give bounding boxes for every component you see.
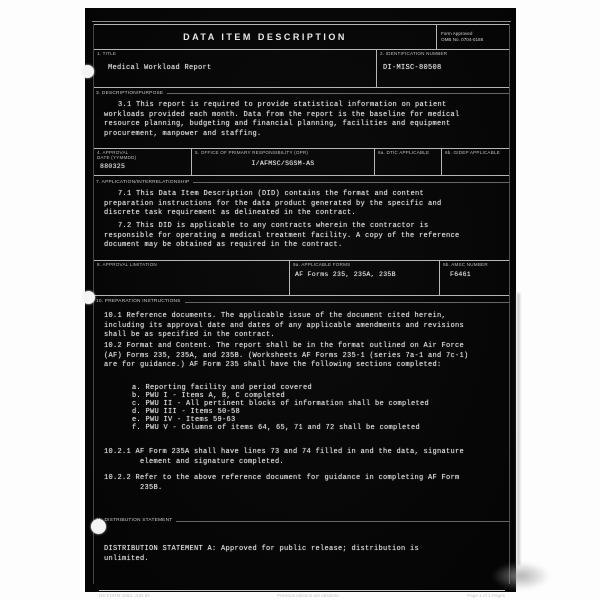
approval-limitation-field: 8. APPROVAL LIMITATION <box>94 261 289 295</box>
approval-date-label-line2: DATE (YYMMDD) <box>94 155 191 160</box>
list-item: b. PWU I - Items A, B, C completed <box>132 392 509 400</box>
section11-rule <box>176 521 509 522</box>
section10-header: 10. PREPARATION INSTRUCTIONS <box>94 296 509 307</box>
title-id-row: 1. TITLE Medical Workload Report 2. IDEN… <box>94 50 509 88</box>
section11-header: 11. DISTRIBUTION STATEMENT <box>94 515 509 526</box>
applicable-forms-label: 9a. APPLICABLE FORMS <box>290 261 439 267</box>
amsc-number-field: 9b. AMSC NUMBER F6461 <box>439 261 509 295</box>
punch-hole-bottom <box>91 519 106 534</box>
approval-date-value: 880325 <box>100 162 191 172</box>
section3-rule <box>167 93 509 94</box>
section10-paragraph-10-2-1: 10.2.1 AF Form 235A shall have lines 73 … <box>104 448 465 467</box>
punch-hole-top <box>81 65 94 78</box>
footer-form-number: DD FORM 1664, JUN 86 <box>99 593 150 598</box>
title-field: 1. TITLE Medical Workload Report <box>94 50 376 87</box>
approval-date-field: 4. APPROVAL DATE (YYMMDD) 880325 <box>94 149 191 175</box>
dd-form-1664: DATA ITEM DESCRIPTION Form Approved OMB … <box>93 24 510 584</box>
gidep-applicable-label: 6b. GIDEP APPLICABLE <box>442 149 509 155</box>
applicable-forms-value: AF Forms 235, 235A, 235B <box>295 270 439 280</box>
identification-number-field: 2. IDENTIFICATION NUMBER DI-MISC-80508 <box>376 50 509 87</box>
section3-label: 3. DESCRIPTION/PURPOSE <box>94 91 163 96</box>
footer-editions-note: Previous editions are obsolete. <box>277 593 340 598</box>
section10-paragraph-10-2: 10.2 Format and Content. The report shal… <box>104 342 475 371</box>
identification-number-value: DI-MISC-80508 <box>383 64 509 74</box>
list-item: d. PWU III - Items 50-58 <box>132 408 509 416</box>
gidep-applicable-field: 6b. GIDEP APPLICABLE <box>441 149 509 175</box>
form-title: DATA ITEM DESCRIPTION <box>94 25 436 49</box>
section7-label: 7. APPLICATION/INTERRELATIONSHIP <box>94 180 189 185</box>
list-item: f. PWU V - Columns of items 64, 65, 71 a… <box>132 424 509 432</box>
opr-field: 5. OFFICE OF PRIMARY RESPONSIBILITY (OPR… <box>191 149 374 175</box>
section3-header: 3. DESCRIPTION/PURPOSE <box>94 88 509 98</box>
amsc-number-value: F6461 <box>450 270 509 280</box>
section7-paragraph-1: 7.1 This Data Item Description (DID) con… <box>104 190 475 219</box>
list-item: c. PWU II - All pertinent blocks of info… <box>132 400 509 408</box>
section10-rule <box>185 302 509 303</box>
form-title-row: DATA ITEM DESCRIPTION Form Approved OMB … <box>94 24 509 50</box>
list-item: e. PWU IV - Items 59-63 <box>132 416 509 424</box>
title-field-value: Medical Workload Report <box>108 64 376 74</box>
punch-hole-middle <box>82 291 95 304</box>
applicable-forms-field: 9a. APPLICABLE FORMS AF Forms 235, 235A,… <box>289 261 439 295</box>
section7-rule <box>193 182 509 183</box>
section3-paragraph: 3.1 This report is required to provide s… <box>104 101 475 139</box>
distribution-statement: DISTRIBUTION STATEMENT A: Approved for p… <box>104 545 449 564</box>
form-footer: DD FORM 1664, JUN 86 Previous editions a… <box>99 590 505 598</box>
opr-value: I/AFMSC/SGSM-AS <box>192 159 374 169</box>
section10-label: 10. PREPARATION INSTRUCTIONS <box>94 299 181 304</box>
approval-limitation-label: 8. APPROVAL LIMITATION <box>94 261 289 267</box>
section11-label: 11. DISTRIBUTION STATEMENT <box>94 518 172 523</box>
scanned-document-page: DATA ITEM DESCRIPTION Form Approved OMB … <box>85 8 516 592</box>
footer-page-count: Page 1 of 1 Pages <box>467 593 505 598</box>
omb-line2: OMB No. 0704-0188 <box>441 37 509 43</box>
dtic-applicable-field: 6a. DTIC APPLICABLE <box>374 149 441 175</box>
scan-corner-smudge <box>492 562 550 590</box>
amsc-number-label: 9b. AMSC NUMBER <box>440 261 509 267</box>
section7-paragraph-2: 7.2 This DID is applicable to any contra… <box>104 222 475 251</box>
section10-list: a. Reporting facility and period covered… <box>132 384 509 432</box>
section10-paragraph-10-1: 10.1 Reference documents. The applicable… <box>104 312 475 341</box>
limitation-forms-row: 8. APPROVAL LIMITATION 9a. APPLICABLE FO… <box>94 260 509 296</box>
scan-edge-artifact <box>517 293 520 565</box>
identification-number-label: 2. IDENTIFICATION NUMBER <box>377 50 509 56</box>
list-item: a. Reporting facility and period covered <box>132 384 509 392</box>
section7-header: 7. APPLICATION/INTERRELATIONSHIP <box>94 176 509 188</box>
title-field-label: 1. TITLE <box>94 50 376 56</box>
approval-opr-row: 4. APPROVAL DATE (YYMMDD) 880325 5. OFFI… <box>94 148 509 176</box>
section10-paragraph-10-2-2: 10.2.2 Refer to the above reference docu… <box>104 474 465 493</box>
opr-label: 5. OFFICE OF PRIMARY RESPONSIBILITY (OPR… <box>192 149 374 155</box>
omb-approval-box: Form Approved OMB No. 0704-0188 <box>436 25 509 49</box>
dtic-applicable-label: 6a. DTIC APPLICABLE <box>375 149 441 155</box>
